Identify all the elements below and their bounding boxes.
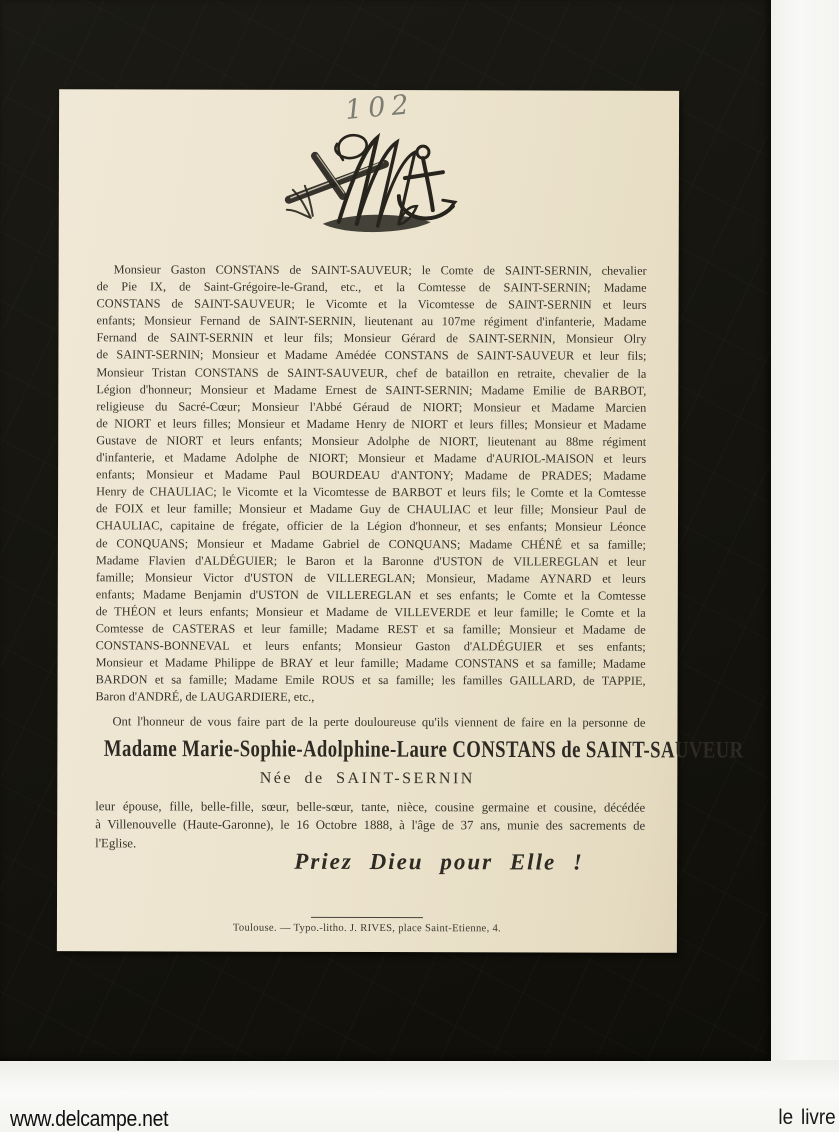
text-line: enfants; Madame Benjamin d'USTON de VILL… [96, 586, 646, 605]
printer-imprint: Toulouse. — Typo.-litho. J. RIVES, place… [57, 922, 677, 935]
text-line: famille; Monsieur Victor d'USTON de VILL… [96, 569, 646, 588]
text-line: Comtesse de CASTERAS et leur famille; Ma… [96, 620, 646, 639]
text-line: Monsieur Gaston CONSTANS de SAINT-SAUVEU… [97, 261, 647, 280]
text-line: enfants; Monsieur Fernand de SAINT-SERNI… [96, 313, 646, 332]
text-line: Légion d'honneur; Monsieur et Madame Ern… [96, 381, 646, 400]
text-line: enfants; Monsieur et Madame Paul BOURDEA… [96, 466, 646, 485]
text-line: CONSTANS-BONNEVAL et leurs enfants; Mons… [96, 637, 646, 656]
text-line: à Villenouvelle (Haute-Garonne), le 16 O… [95, 816, 645, 836]
text-line: de Pie IX, de Saint-Grégoire-le-Grand, e… [97, 278, 647, 297]
text-line: CONSTANS de SAINT-SAUVEUR; le Vicomte et… [97, 295, 647, 314]
funeral-announcement-card: 102 Monsieur Gaston CONSTANS de S [57, 89, 679, 953]
delcampe-watermark: www.delcampe.net [10, 1106, 168, 1132]
text-line: Gustave de NIORT et leurs enfants; Monsi… [96, 432, 646, 451]
text-line: de NIORT et leurs filles; Monsieur et Ma… [96, 415, 646, 434]
family-announcement-paragraph: Monsieur Gaston CONSTANS de SAINT-SAUVEU… [96, 261, 647, 707]
announcement-intro-line: Ont l'honneur de vous faire part de la p… [95, 713, 645, 731]
text-line: BARDON et sa famille; Madame Emile ROUS … [96, 672, 646, 691]
prayer-line: Priez Dieu pour Elle ! [129, 848, 749, 876]
text-line: d'infanterie, et Madame Adolphe de NIORT… [96, 449, 646, 468]
le-livre-watermark: le livre [779, 1106, 836, 1130]
text-line: Fernand de SAINT-SERNIN et leur fils; Mo… [96, 330, 646, 349]
text-line: Madame Flavien d'ALDÉGUIER; le Baron et … [96, 552, 646, 571]
text-line: Baron d'ANDRÉ, de LAUGARDIERE, etc., [96, 689, 646, 708]
text-line: de CONQUANS; Monsieur et Madame Gabriel … [96, 535, 646, 554]
text-line: Monsieur Tristan CONSTANS de SAINT-SAUVE… [96, 364, 646, 383]
text-line: leur épouse, fille, belle-fille, sœur, b… [95, 797, 645, 817]
text-line: de FOIX et leur famille; Monsieur et Mad… [96, 501, 646, 520]
text-line: Monsieur et Madame Philippe de BRAY et l… [96, 654, 646, 673]
deceased-name-heading: Madame Marie-Sophie-Adolphine-Laure CONS… [104, 734, 631, 763]
death-details-paragraph: leur épouse, fille, belle-fille, sœur, b… [95, 797, 645, 854]
handwritten-inventory-number: 102 [344, 89, 416, 126]
text-line: CHAULIAC, capitaine de frégate, officier… [96, 518, 646, 537]
imprint-divider [311, 917, 423, 918]
scanner-background-right [770, 0, 839, 1132]
text-line: religieuse du Sacré-Cœur; Monsieur l'Abb… [96, 398, 646, 417]
text-line: de SAINT-SERNIN; Monsieur et Madame Améd… [96, 347, 646, 366]
mourning-monogram-icon [281, 126, 471, 238]
text-line: de THÉON et leurs enfants; Monsieur et M… [96, 603, 646, 622]
maiden-name-subheading: Née de SAINT-SERNIN [57, 769, 677, 789]
text-line: Henry de CHAULIAC; le Vicomte et la Vico… [96, 484, 646, 503]
